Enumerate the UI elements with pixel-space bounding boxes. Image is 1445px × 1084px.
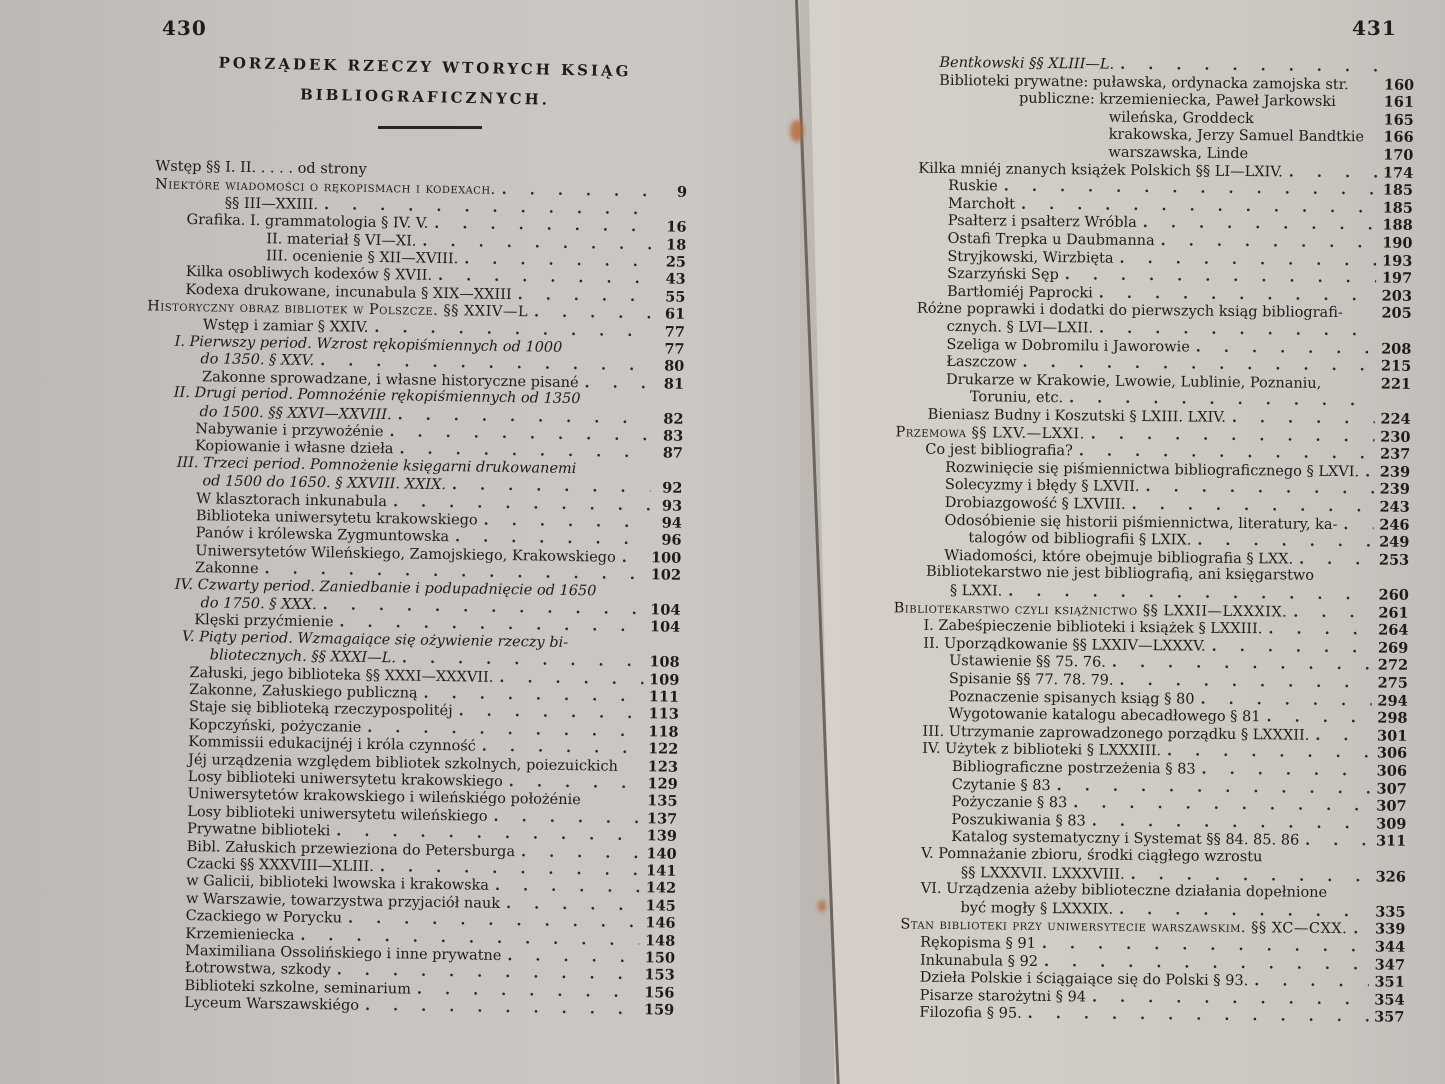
dot-leader [509, 773, 642, 792]
toc-entry-page: 137 [647, 810, 678, 827]
toc-entry-page: 301 [1377, 727, 1407, 744]
dot-leader [1167, 743, 1371, 762]
toc-entry-page: 357 [1374, 1009, 1404, 1026]
toc-entry-page: 100 [651, 549, 682, 566]
dot-leader [365, 997, 638, 1018]
toc-entry-text: być mogły § LXXXIX. [960, 900, 1113, 919]
toc-entry-page: 141 [646, 862, 677, 879]
toc-entry-page: 96 [655, 532, 681, 549]
dot-leader [568, 352, 652, 353]
dot-leader [1197, 532, 1373, 551]
toc-entry-page: 82 [657, 410, 683, 427]
dot-leader [484, 512, 650, 532]
toc-entry-page: 188 [1382, 217, 1412, 234]
toc-entry-page: 311 [1376, 833, 1406, 850]
toc-entry-page: 243 [1379, 498, 1409, 515]
dot-leader [1120, 56, 1382, 76]
dot-leader [584, 374, 652, 392]
dot-leader [482, 738, 642, 758]
toc-entry-page: 146 [645, 914, 676, 931]
toc-entry-text: Ustawienie §§ 75. 76. [949, 653, 1106, 672]
dot-leader [518, 286, 654, 305]
dot-leader [1260, 123, 1378, 124]
toc-entry-page: 93 [656, 497, 682, 514]
toc-entry-page: 129 [647, 775, 678, 792]
toc-entry-page: 160 [1384, 76, 1414, 93]
toc-entry-page: 224 [1380, 410, 1410, 427]
toc-entry-text: § LXXI. [950, 583, 1003, 601]
dot-leader [1299, 550, 1373, 568]
toc-entry-page: 77 [658, 340, 684, 357]
toc-entry-page: 203 [1382, 287, 1412, 304]
dot-leader [1320, 580, 1377, 581]
dot-leader [1353, 921, 1369, 938]
dot-leader [1254, 972, 1368, 990]
toc-entry-text: cznych. § LVI—LXII. [947, 319, 1094, 338]
toc-entry-page: 102 [651, 566, 682, 583]
toc-entry-page: 205 [1381, 305, 1411, 322]
toc-entry-text: Rękopisma § 91 [920, 935, 1036, 953]
toc-entry-page: 87 [657, 445, 683, 462]
open-book-spread: 430 431 PORZĄDEK RZECZY WTORYCH KSIĄG BI… [0, 0, 1445, 1084]
dot-leader [1268, 861, 1374, 862]
toc-entry-page: 109 [649, 671, 680, 688]
dot-leader [1146, 478, 1374, 497]
dot-leader [506, 895, 640, 914]
dot-leader [1343, 516, 1373, 533]
toc-entry-page: 208 [1381, 340, 1411, 357]
toc-entry-text: Szarzyński Sęp [947, 266, 1059, 284]
dot-leader [1289, 163, 1377, 181]
foxing-stain [790, 120, 804, 142]
toc-entry-page: 347 [1375, 956, 1405, 973]
toc-entry-page: 18 [660, 236, 686, 253]
title-divider [378, 126, 482, 129]
toc-entry-page: 25 [660, 253, 686, 270]
toc-entry-page: 104 [650, 601, 681, 618]
toc-entry-page: 166 [1383, 129, 1413, 146]
dot-leader [1232, 409, 1375, 427]
toc-entry-page: 142 [646, 880, 677, 897]
toc-entry-page: 165 [1383, 111, 1413, 128]
toc-entry-page: 294 [1377, 692, 1407, 709]
dot-leader [1200, 690, 1371, 709]
toc-entry-page: 145 [645, 897, 676, 914]
toc-entry-page: 123 [648, 758, 679, 775]
dot-leader [586, 403, 651, 404]
toc-entry-page: 253 [1379, 551, 1409, 568]
dot-leader [1099, 320, 1380, 340]
toc-entry-text: publiczne: krzemieniecka, Paweł Jarkowsk… [1019, 91, 1336, 111]
toc-entry-page: 161 [1384, 94, 1414, 111]
toc-entry-page: 83 [657, 427, 683, 444]
toc-entry-page: 111 [649, 688, 680, 705]
dot-leader [1131, 865, 1370, 885]
toc-entry-text: Zakonne [195, 560, 259, 578]
toc-entry-page: 55 [659, 288, 685, 305]
dot-leader [1028, 1005, 1369, 1026]
dot-leader [493, 808, 641, 827]
dot-leader [587, 805, 641, 806]
toc-entry-page: 306 [1377, 762, 1407, 779]
toc-entry-page: 339 [1375, 921, 1405, 938]
toc-entry-page: 307 [1376, 780, 1406, 797]
toc-entry-text: Filozofia § 95. [919, 1005, 1021, 1023]
dot-leader [1365, 463, 1374, 480]
toc-entry-text: Bartłomiéj Paprocki [947, 284, 1093, 303]
foxing-stain [818, 900, 826, 912]
dot-leader [495, 877, 640, 896]
dot-leader [1099, 284, 1376, 304]
toc-entry-page: 153 [644, 967, 675, 984]
toc-entry-text: Czytanie § 83 [952, 777, 1051, 795]
toc-entry-page: 185 [1383, 182, 1413, 199]
dot-leader [1119, 901, 1369, 921]
toc-entry-text: Pożyczanie § 83 [952, 794, 1068, 812]
dot-leader [373, 174, 656, 178]
toc-entry-page: 264 [1378, 622, 1408, 639]
dot-leader [1202, 761, 1371, 780]
toc-entry-page: 43 [660, 271, 686, 288]
dot-leader [1212, 638, 1373, 657]
dot-leader [1196, 338, 1375, 357]
dot-leader [1161, 232, 1377, 251]
dot-leader [521, 843, 641, 862]
toc-entry-page: 113 [648, 706, 679, 723]
toc-entry-text: Przemowa §§ LXV.—LXXI. [895, 424, 1084, 443]
dot-leader [1254, 158, 1377, 159]
toc-entry-page: 139 [647, 827, 678, 844]
toc-entry-page: 246 [1379, 516, 1409, 533]
toc-entry-page: 135 [647, 793, 678, 810]
toc-entry-page: 335 [1375, 903, 1405, 920]
toc-entry-page: 230 [1380, 428, 1410, 445]
toc-entry-page: 269 [1378, 639, 1408, 656]
toc-entry-page: 351 [1374, 974, 1404, 991]
toc-entry-page: 249 [1379, 534, 1409, 551]
toc-entry-page: 159 [644, 1001, 675, 1018]
toc-entry-page: 122 [648, 740, 679, 757]
dot-leader [1143, 214, 1377, 233]
toc-entry-page: 174 [1383, 164, 1413, 181]
toc-entry-page: 239 [1380, 481, 1410, 498]
dot-leader [1120, 249, 1377, 269]
toc-entry-page: 170 [1383, 146, 1413, 163]
toc-entry-page: 148 [645, 932, 676, 949]
toc-entry-text: Inkunabula § 92 [920, 952, 1038, 970]
dot-leader [1112, 654, 1372, 674]
toc-entry-page: 94 [656, 514, 682, 531]
toc-entry-text: Łaszczow [946, 354, 1017, 372]
dot-leader [622, 549, 646, 566]
toc-entry-page: 81 [658, 375, 684, 392]
toc-entry-page: 118 [648, 723, 679, 740]
toc-entry-text: wileńska, Groddeck [1109, 109, 1254, 128]
right-page-number: 431 [1352, 16, 1397, 40]
dot-leader [499, 669, 643, 688]
toc-entry-page: 77 [659, 323, 685, 340]
dot-leader [1266, 708, 1371, 726]
toc-entry-page: 193 [1382, 252, 1412, 269]
dot-leader [1091, 425, 1375, 445]
toc-entry-page: 261 [1378, 604, 1408, 621]
toc-entry-page: 150 [645, 949, 676, 966]
toc-entry-page: 140 [646, 845, 677, 862]
toc-entry-page: 156 [644, 984, 675, 1001]
toc-entry-page: 92 [656, 480, 682, 497]
toc-entry-page: 309 [1376, 815, 1406, 832]
dot-leader [1315, 727, 1371, 745]
toc-entry-page: 275 [1378, 674, 1408, 691]
toc-entry-page: 16 [660, 219, 686, 236]
toc-entry-text: Marchołt [948, 196, 1015, 214]
toc-entry-page: 80 [658, 358, 684, 375]
dot-leader [582, 473, 650, 474]
toc-entry-page: 215 [1381, 358, 1411, 375]
toc-entry-text: Lyceum Warszawskiégo [184, 995, 359, 1015]
toc-entry-page: 221 [1381, 375, 1411, 392]
toc-entry-text: Toruniu, etc. [970, 390, 1063, 408]
toc-entry-text: Co jest bibliografia? [925, 442, 1073, 461]
dot-leader [1119, 672, 1371, 692]
toc-entry-page: 306 [1377, 745, 1407, 762]
toc-entry-page: 326 [1376, 868, 1406, 885]
dot-leader [1092, 812, 1371, 832]
dot-leader [1132, 496, 1374, 516]
dot-leader [1268, 621, 1372, 639]
toc-entry-page: 272 [1378, 657, 1408, 674]
toc-entry-page: 237 [1380, 446, 1410, 463]
toc-entry-page: 307 [1376, 798, 1406, 815]
toc-entry-page: 108 [649, 653, 680, 670]
dot-leader [534, 304, 653, 323]
toc-entry-page: 298 [1377, 710, 1407, 727]
toc-entry-page: 9 [661, 184, 687, 201]
dot-leader [502, 181, 656, 200]
dot-leader [1293, 603, 1372, 621]
toc-entry-text: Ruskie [948, 178, 998, 196]
left-page-number: 430 [162, 16, 207, 40]
dot-leader [1079, 443, 1374, 463]
toc-entry-page: 197 [1382, 270, 1412, 287]
dot-leader [507, 947, 639, 966]
dot-leader [1305, 832, 1370, 850]
toc-entry-page: 344 [1375, 938, 1405, 955]
toc-entry-page: 190 [1382, 234, 1412, 251]
toc-entry-text: Poszukiwania § 83 [951, 812, 1086, 830]
toc-entry-page: 354 [1374, 991, 1404, 1008]
dot-leader [574, 647, 648, 648]
toc-entry-page: 104 [650, 619, 681, 636]
toc-entry-page: 260 [1378, 586, 1408, 603]
dot-leader [1092, 988, 1369, 1008]
toc-entry-page: 185 [1383, 199, 1413, 216]
toc-entry-page: 61 [659, 306, 685, 323]
toc-entry-page: 239 [1380, 463, 1410, 480]
toc-entry-text: warszawska, Linde [1108, 145, 1248, 163]
dot-leader [602, 595, 648, 596]
